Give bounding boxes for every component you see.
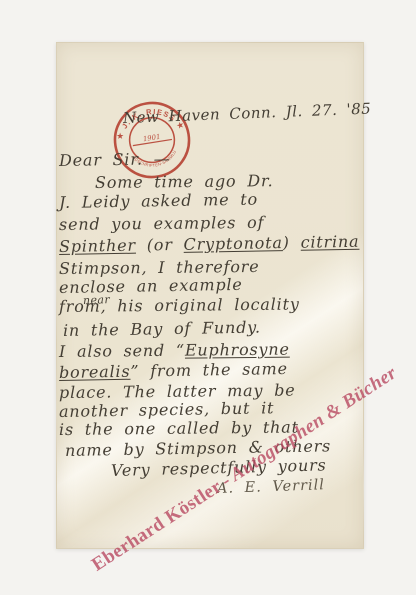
body-line: from, his original locality [59,294,300,316]
letter-scan: ★ J. K. RIESS ★ HANDSCHRIFTEN-SAMMLUNG 1… [0,0,416,595]
body-line: borealis” from the same [59,359,288,382]
body-line: is the one called by that [59,417,299,439]
body-line: Spinther (or Cryptonota) citrina [59,232,360,256]
salutation-line: Dear Sir. — [59,149,171,170]
body-line: in the Bay of Fundy. [63,318,261,340]
letter-paper: ★ J. K. RIESS ★ HANDSCHRIFTEN-SAMMLUNG 1… [56,42,364,549]
body-line: I also send “Euphrosyne [59,340,290,361]
body-line: send you examples of [59,213,264,234]
body-line: J. Leidy asked me to [59,190,258,212]
